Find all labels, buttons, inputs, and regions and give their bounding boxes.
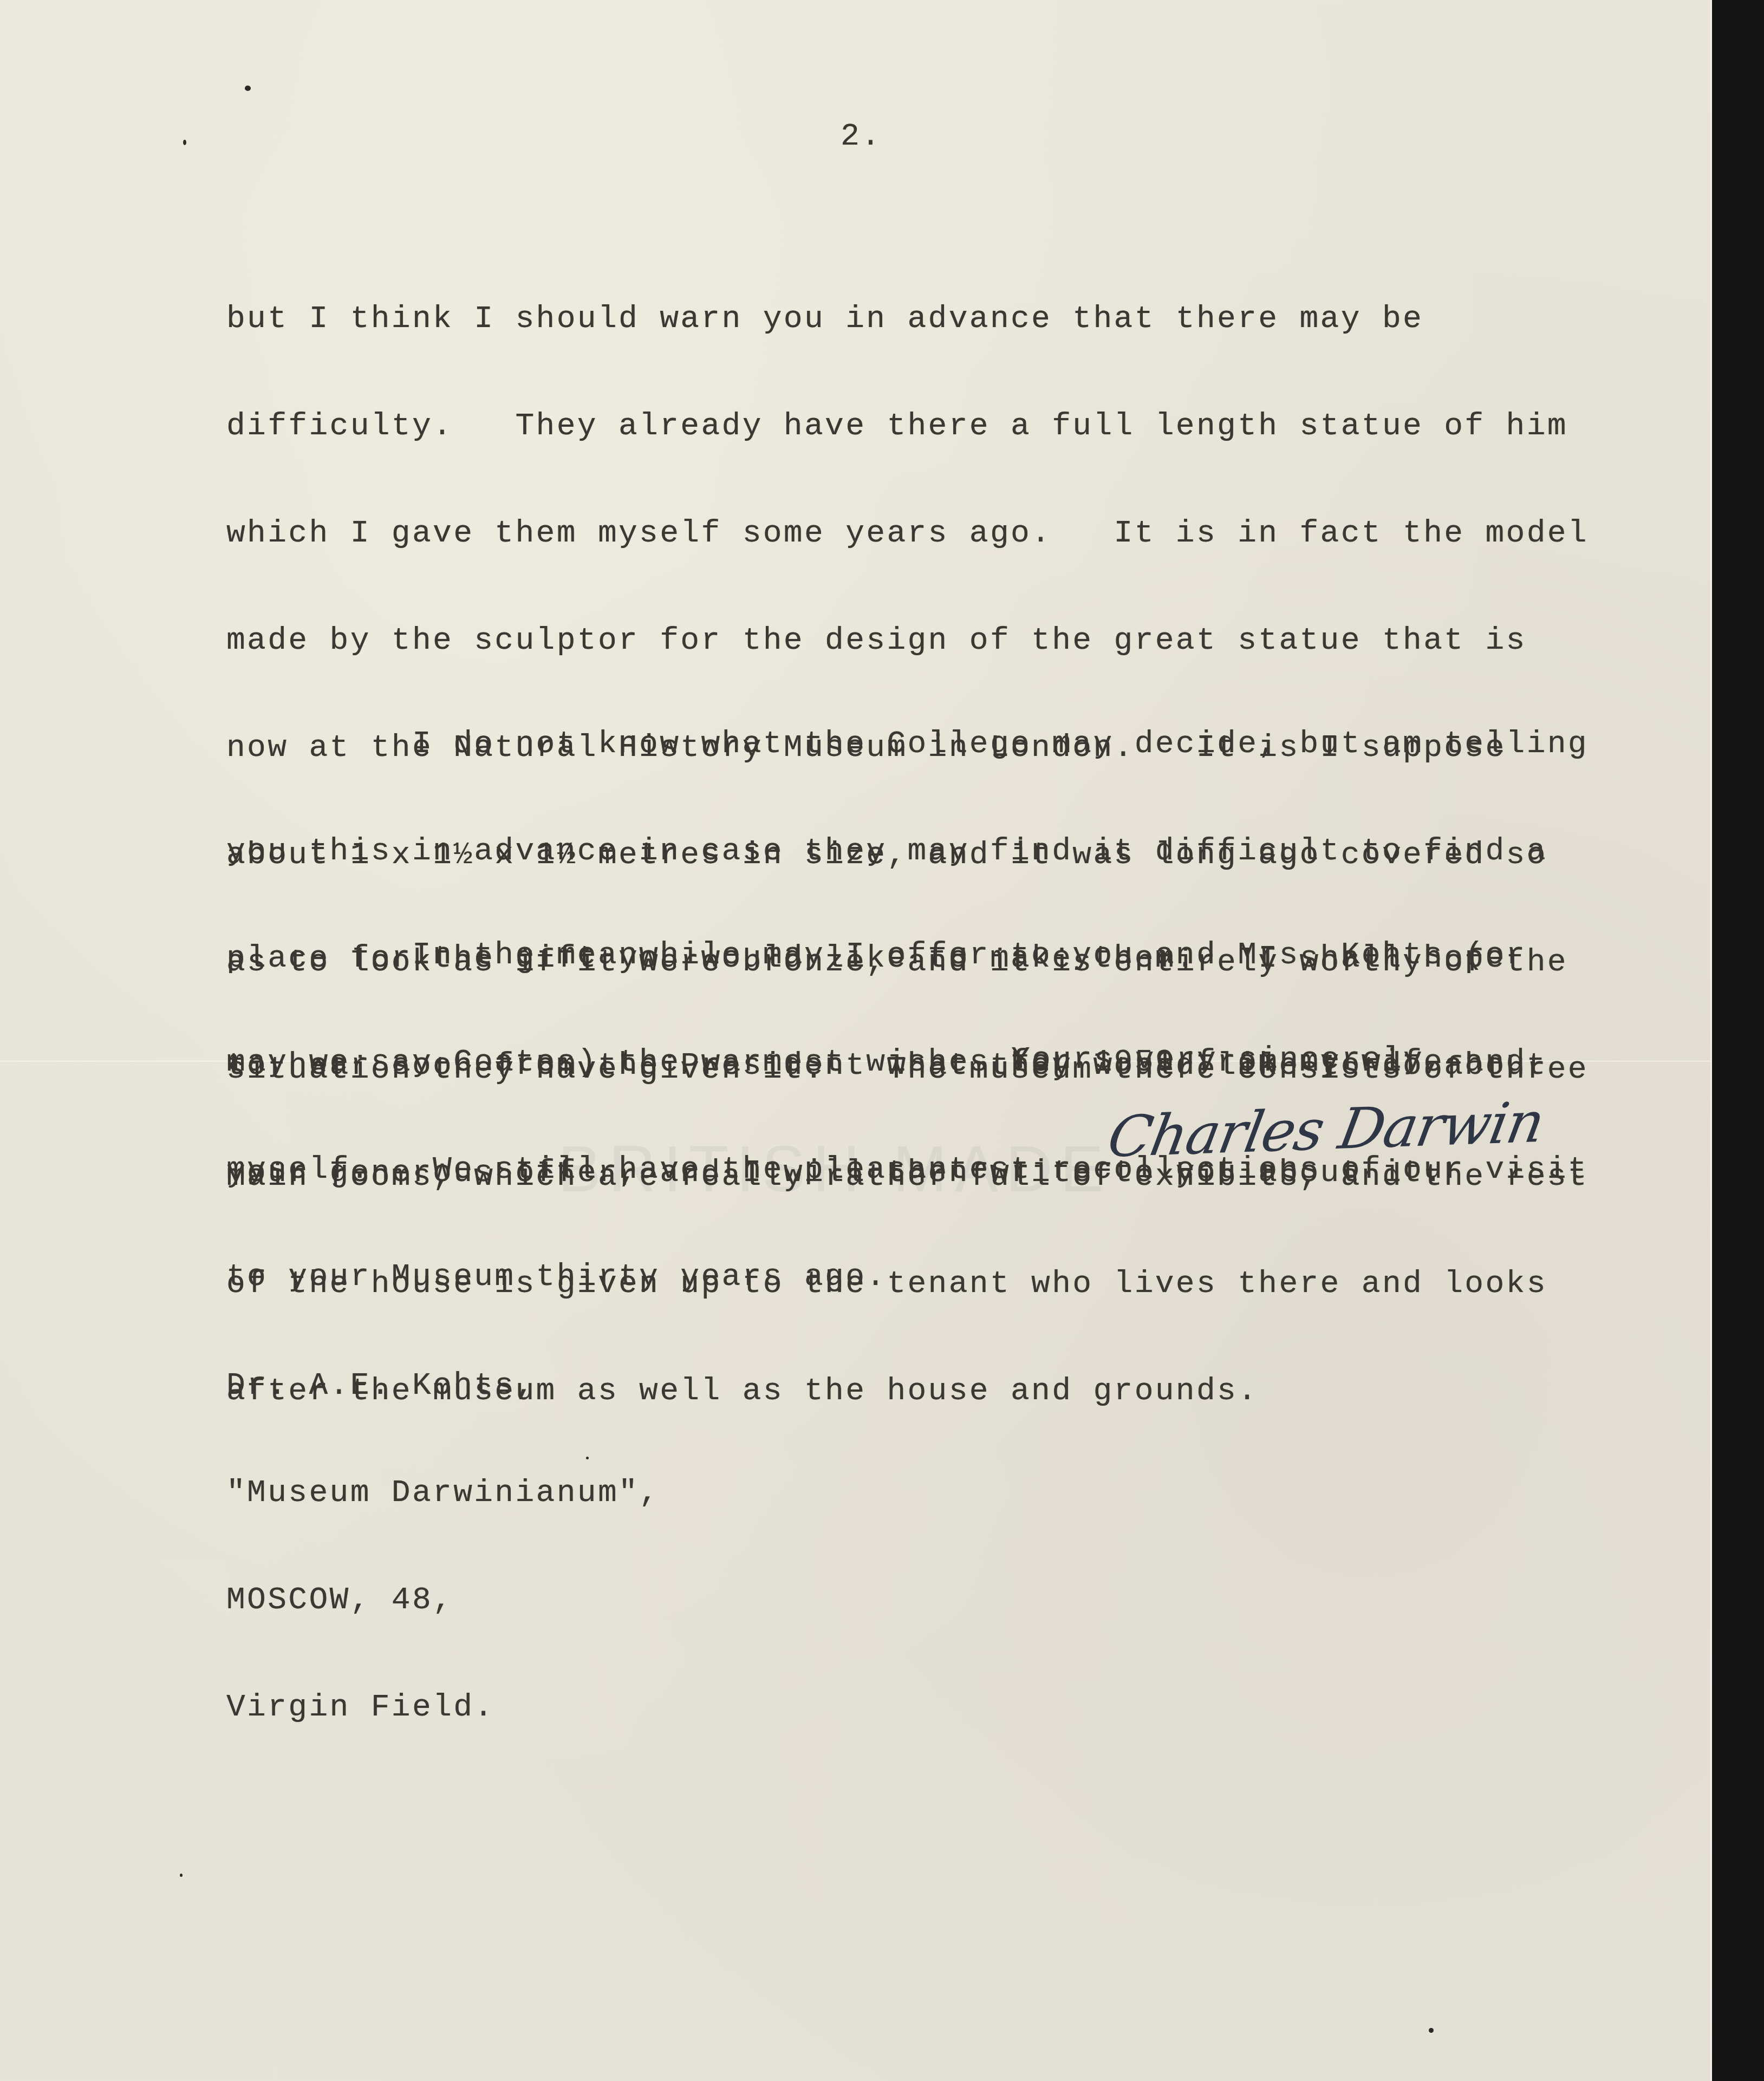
address-line: Dr. A.E. Kohts,: [226, 1368, 660, 1404]
ink-speck: [183, 140, 186, 145]
address-line: MOSCOW, 48,: [226, 1583, 660, 1619]
text-line: I do not know what the College may decid…: [226, 727, 1589, 762]
text-line: made by the sculptor for the design of t…: [226, 623, 1589, 659]
letter-page: BRITISH MADE 2. but I think I should war…: [0, 0, 1711, 2081]
text-line: but I think I should warn you in advance…: [226, 302, 1589, 337]
text-line: difficulty. They already have there a fu…: [226, 409, 1589, 445]
text-line: you this in advance in case they may fin…: [226, 834, 1589, 870]
ink-speck: [1429, 2028, 1434, 2033]
recipient-address: Dr. A.E. Kohts, "Museum Darwinianum", MO…: [226, 1297, 660, 1797]
text-line: which I gave them myself some years ago.…: [226, 516, 1589, 552]
address-line: "Museum Darwinianum",: [226, 1476, 660, 1511]
ink-speck: [245, 86, 251, 91]
scan-background-strip: [1712, 0, 1764, 2081]
page-number: 2.: [841, 119, 882, 155]
text-line: In the meanwhile may I offer to you and …: [226, 938, 1589, 974]
text-line: to your Museum thirty years ago.: [226, 1260, 1589, 1295]
address-line: Virgin Field.: [226, 1690, 660, 1726]
closing-salutation: Yours very sincerely,: [1011, 1042, 1444, 1078]
ink-speck: [180, 1874, 183, 1877]
